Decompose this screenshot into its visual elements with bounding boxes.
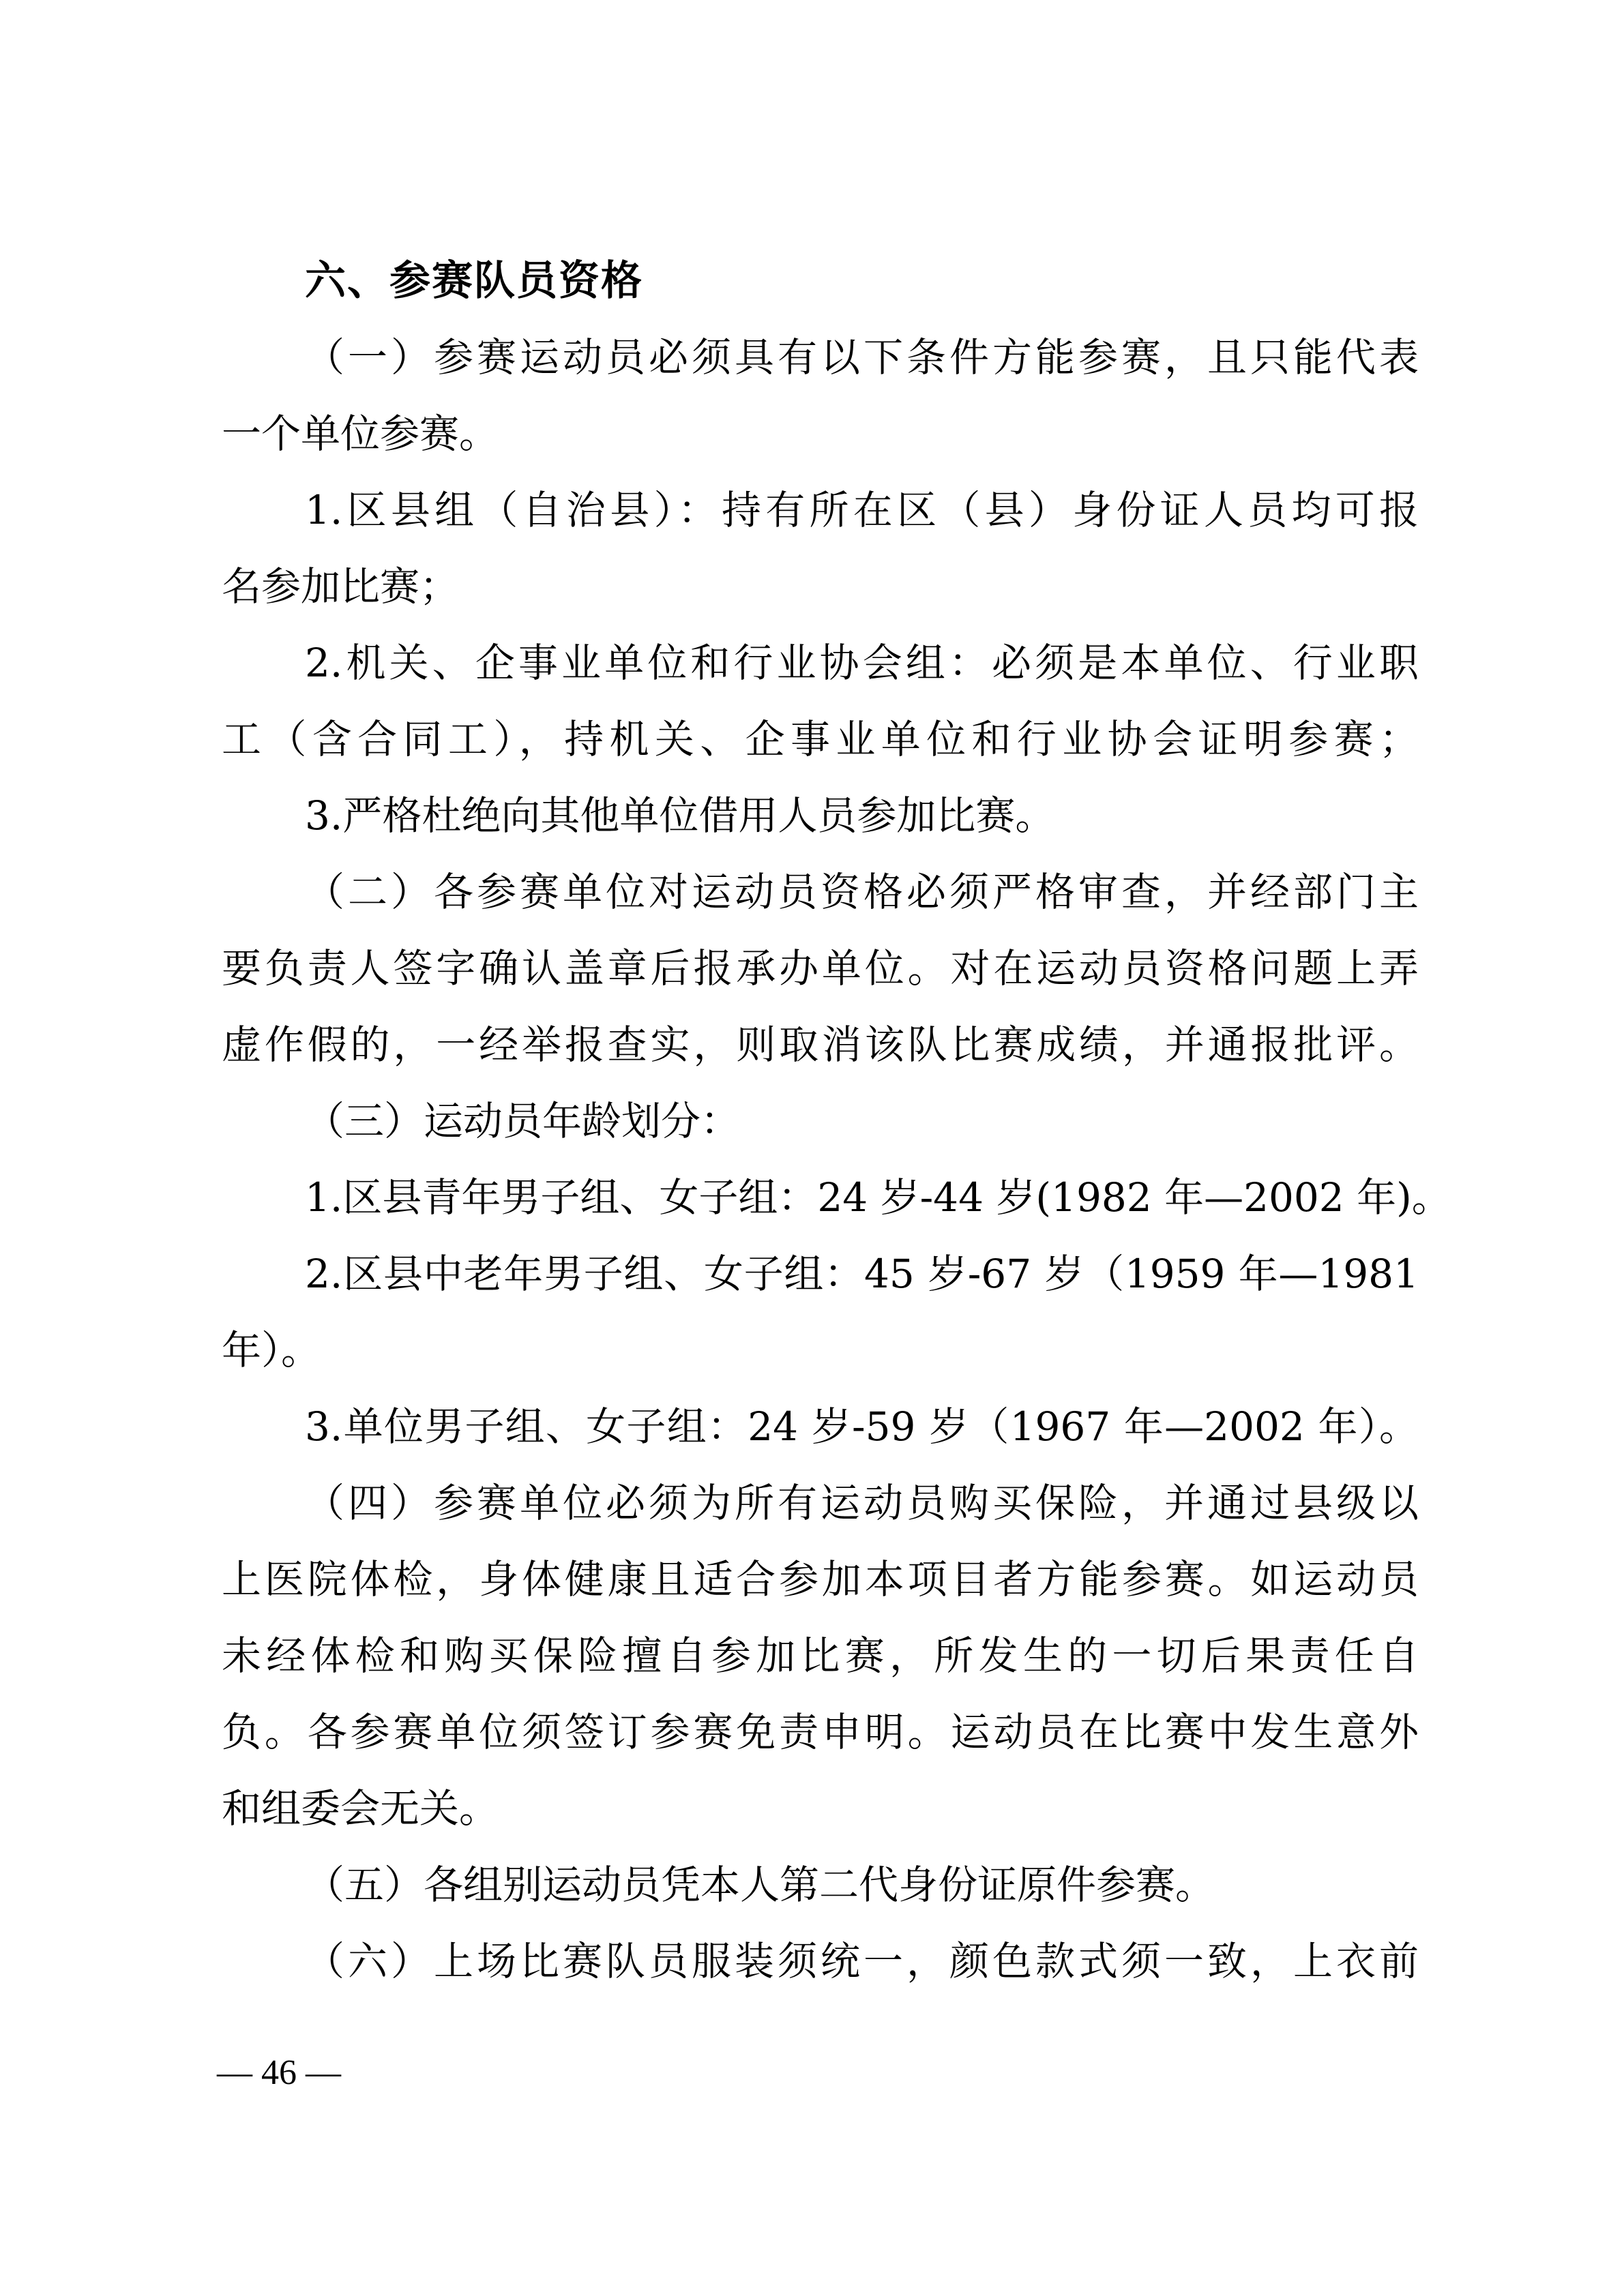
paragraph-line: 3.单位男子组、女子组：24 岁-59 岁（1967 年—2002 年）。 bbox=[222, 1388, 1419, 1465]
document-page: 六、参赛队员资格 （一）参赛运动员必须具有以下条件方能参赛，且只能代表 一个单位… bbox=[0, 0, 1624, 2296]
paragraph-line: （四）参赛单位必须为所有运动员购买保险，并通过县级以 bbox=[222, 1465, 1419, 1541]
paragraph-line: 1.区县组（自治县）：持有所在区（县）身份证人员均可报 bbox=[222, 472, 1419, 548]
paragraph-line: 名参加比赛； bbox=[222, 548, 1419, 625]
paragraph-line: 1.区县青年男子组、女子组：24 岁-44 岁(1982 年—2002 年)。 bbox=[222, 1159, 1419, 1236]
paragraph-line: （五）各组别运动员凭本人第二代身份证原件参赛。 bbox=[222, 1847, 1419, 1923]
paragraph-line: 一个单位参赛。 bbox=[222, 396, 1419, 472]
paragraph-line: （二）各参赛单位对运动员资格必须严格审查，并经部门主 bbox=[222, 854, 1419, 930]
document-body: 六、参赛队员资格 （一）参赛运动员必须具有以下条件方能参赛，且只能代表 一个单位… bbox=[222, 243, 1419, 1999]
paragraph-line: 和组委会无关。 bbox=[222, 1770, 1419, 1847]
paragraph-line: 未经体检和购买保险擅自参加比赛，所发生的一切后果责任自 bbox=[222, 1617, 1419, 1694]
paragraph-line: （三）运动员年龄划分： bbox=[222, 1083, 1419, 1159]
paragraph-line: 2.机关、企事业单位和行业协会组：必须是本单位、行业职 bbox=[222, 625, 1419, 701]
paragraph-line: 年）。 bbox=[222, 1312, 1419, 1388]
paragraph-line: 负。各参赛单位须签订参赛免责申明。运动员在比赛中发生意外 bbox=[222, 1694, 1419, 1770]
section-heading: 六、参赛队员资格 bbox=[222, 243, 1419, 319]
paragraph-line: （六）上场比赛队员服装须统一，颜色款式须一致，上衣前 bbox=[222, 1923, 1419, 1999]
paragraph-line: 要负责人签字确认盖章后报承办单位。对在运动员资格问题上弄 bbox=[222, 930, 1419, 1007]
paragraph-line: 3.严格杜绝向其他单位借用人员参加比赛。 bbox=[222, 777, 1419, 854]
paragraph-line: 2.区县中老年男子组、女子组：45 岁-67 岁（1959 年—1981 bbox=[222, 1236, 1419, 1312]
paragraph-line: 工（含合同工），持机关、企事业单位和行业协会证明参赛； bbox=[222, 701, 1419, 777]
paragraph-line: 虚作假的，一经举报查实，则取消该队比赛成绩，并通报批评。 bbox=[222, 1007, 1419, 1083]
paragraph-line: 上医院体检，身体健康且适合参加本项目者方能参赛。如运动员 bbox=[222, 1541, 1419, 1617]
paragraph-line: （一）参赛运动员必须具有以下条件方能参赛，且只能代表 bbox=[222, 319, 1419, 396]
page-number: — 46 — bbox=[217, 2049, 341, 2097]
